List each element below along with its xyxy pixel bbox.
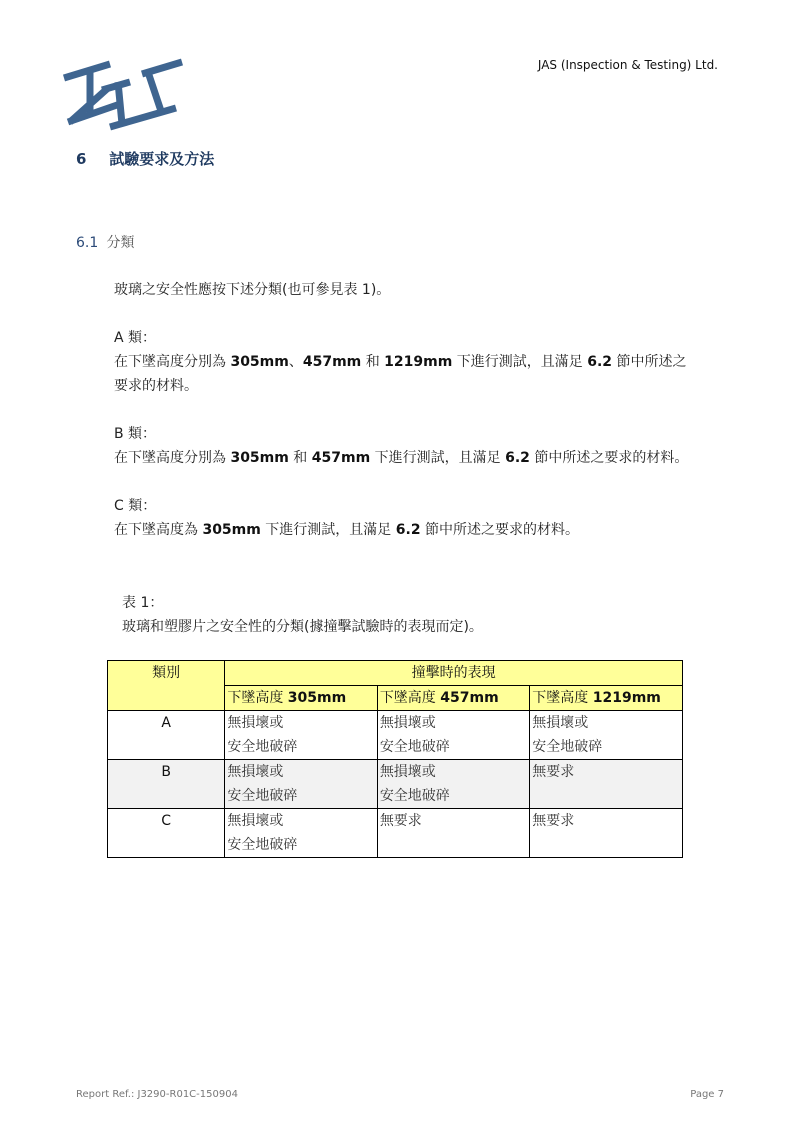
- section-number: 6: [76, 150, 104, 168]
- company-name: JAS (Inspection & Testing) Ltd.: [538, 58, 718, 72]
- page-number: Page 7: [690, 1089, 724, 1100]
- table-cell: 無損壞或安全地破碎: [225, 711, 377, 760]
- classification-table: 類別 撞擊時的表現 下墜高度 305mm 下墜高度 457mm 下墜高度 121…: [107, 660, 683, 858]
- subsection-number: 6.1: [76, 235, 102, 251]
- table-cell: 無要求: [530, 809, 683, 858]
- table-caption: 玻璃和塑膠片之安全性的分類(據撞擊試驗時的表現而定)。: [122, 616, 483, 636]
- class-a-line2: 要求的材料。: [114, 374, 686, 398]
- table-cell: 無損壞或安全地破碎: [225, 760, 377, 809]
- class-a-label: A 類：: [114, 326, 686, 350]
- table-row: B 無損壞或安全地破碎 無損壞或安全地破碎 無要求: [108, 760, 683, 809]
- report-reference: Report Ref.: J3290-R01C-150904: [76, 1089, 238, 1100]
- section-title: 試驗要求及方法: [109, 150, 214, 168]
- table-cell: 無要求: [377, 809, 529, 858]
- table-caption-label: 表 1：: [122, 592, 163, 612]
- table-row: A 無損壞或安全地破碎 無損壞或安全地破碎 無損壞或安全地破碎: [108, 711, 683, 760]
- table-cell: 無損壞或安全地破碎: [377, 760, 529, 809]
- class-b-line1: 在下墜高度分別為 305mm 和 457mm 下進行測試，且滿足 6.2 節中所…: [114, 446, 688, 470]
- class-c-block: C 類： 在下墜高度為 305mm 下進行測試，且滿足 6.2 節中所述之要求的…: [114, 494, 579, 542]
- class-c-label: C 類：: [114, 494, 579, 518]
- row-category: C: [108, 809, 225, 858]
- header-category: 類別: [108, 661, 225, 711]
- table-cell: 無損壞或安全地破碎: [377, 711, 529, 760]
- class-b-label: B 類：: [114, 422, 688, 446]
- class-a-block: A 類： 在下墜高度分別為 305mm、457mm 和 1219mm 下進行測試…: [114, 326, 686, 398]
- subsection-title: 分類: [106, 235, 134, 251]
- subsection-heading: 6.1 分類: [76, 232, 134, 252]
- row-category: A: [108, 711, 225, 760]
- section-heading: 6 試驗要求及方法: [76, 148, 214, 169]
- header-drop-1219: 下墜高度 1219mm: [530, 686, 683, 711]
- intro-paragraph: 玻璃之安全性應按下述分類(也可參見表 1)。: [114, 278, 390, 302]
- table-row: C 無損壞或安全地破碎 無要求 無要求: [108, 809, 683, 858]
- table-cell: 無要求: [530, 760, 683, 809]
- header-drop-305: 下墜高度 305mm: [225, 686, 377, 711]
- header-drop-457: 下墜高度 457mm: [377, 686, 529, 711]
- class-a-line1: 在下墜高度分別為 305mm、457mm 和 1219mm 下進行測試，且滿足 …: [114, 350, 686, 374]
- header-impact-performance: 撞擊時的表現: [225, 661, 683, 686]
- jas-logo: [60, 52, 185, 132]
- class-c-line1: 在下墜高度為 305mm 下進行測試，且滿足 6.2 節中所述之要求的材料。: [114, 518, 579, 542]
- table-cell: 無損壞或安全地破碎: [530, 711, 683, 760]
- class-b-block: B 類： 在下墜高度分別為 305mm 和 457mm 下進行測試，且滿足 6.…: [114, 422, 688, 470]
- row-category: B: [108, 760, 225, 809]
- table-cell: 無損壞或安全地破碎: [225, 809, 377, 858]
